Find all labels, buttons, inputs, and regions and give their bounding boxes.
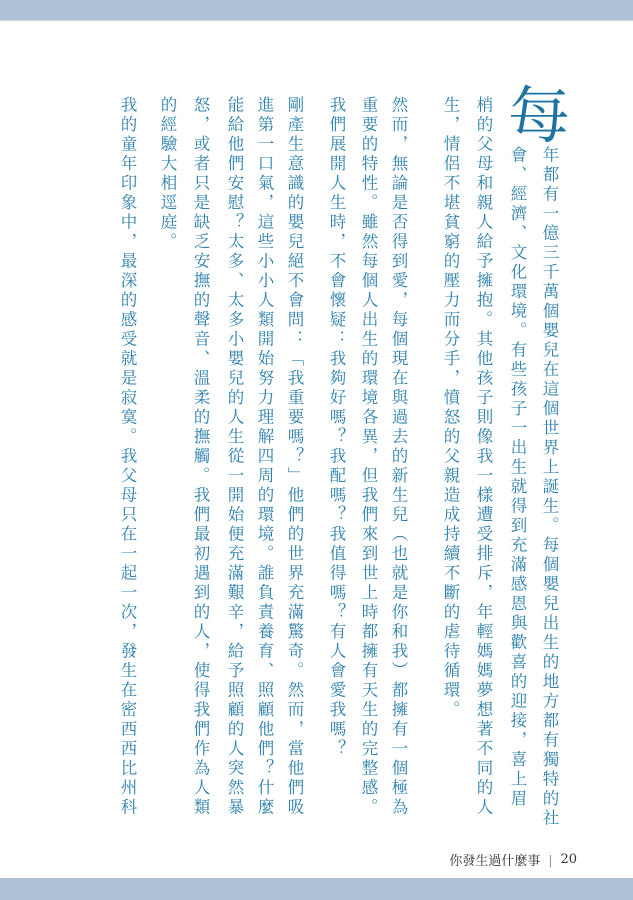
drop-cap: 每: [503, 86, 575, 146]
header-band: [0, 0, 633, 21]
text-column: 我們展開人生時，不會懷疑：我夠好嗎？我配嗎？我值得嗎？有人會愛我嗎？: [325, 96, 347, 759]
text-column: 梢的父母和親人給予擁抱。其他孩子則像我一樣遭受排斥，年輕媽媽夢想著不同的人: [472, 96, 494, 818]
text-column: 的經驗大相逕庭。: [156, 96, 178, 252]
text-column: 生，情侶不堪貧窮的壓力而分手，憤怒的父親造成持續不斷的虐待循環。: [439, 96, 461, 720]
running-title: 你發生過什麼事: [449, 850, 540, 869]
text-column: 年都有一億三千萬個嬰兒在這個世界上誕生。每個嬰兒出生的地方都有獨特的社: [538, 146, 560, 829]
page-footer: 你發生過什麼事 | 20: [449, 850, 577, 869]
text-column: 怒，或者只是缺乏安撫的聲音、溫柔的撫觸。我們最初遇到的人，使得我們作為人類: [189, 96, 211, 818]
text-column: 會、經濟、文化環境。有些孩子一出生就得到充滿感恩與歡喜的迎接，喜上眉: [506, 146, 528, 809]
text-column: 進第一口氣，這些小小人類開始努力理解四周的環境。誰負責養育、照顧他們？什麼: [253, 96, 275, 818]
text-column: 重要的特性。雖然每個人出生的環境各異，但我們來到世上時都擁有天生的完整感。: [357, 96, 379, 818]
text-column: 能給他們安慰？太多、太多小嬰兒的人生從一開始便充滿艱辛，給予照顧的人突然暴: [223, 96, 245, 818]
footer-separator: |: [548, 853, 552, 867]
text-column: 我的童年印象中，最深的感受就是寂寞。我父母只在一起一次，發生在密西西比州科: [116, 96, 138, 818]
page-number: 20: [560, 852, 577, 867]
footer-band: [0, 878, 633, 900]
text-column: 然而，無論是否得到愛，每個現在與過去的新生兒（也就是你和我）都擁有一個極為: [387, 96, 409, 818]
text-column: 剛產生意識的嬰兒絕不會問：「我重要嗎？」他們的世界充滿驚奇。然而，當他們吸: [283, 96, 305, 818]
